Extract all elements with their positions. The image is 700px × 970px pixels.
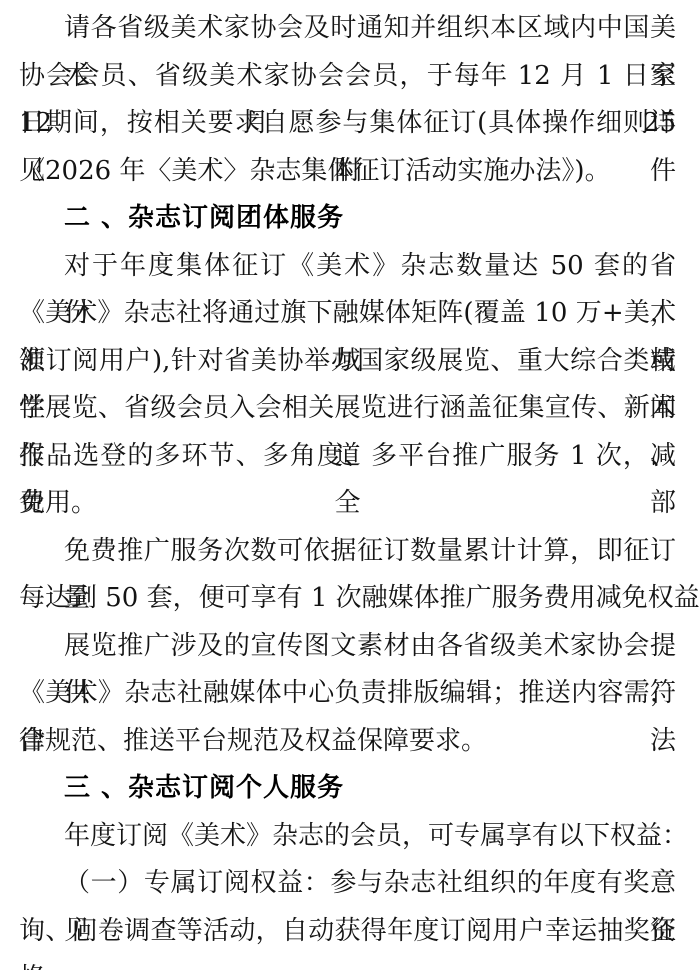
paragraph-4-line-2: 《美术》杂志社融媒体中心负责排版编辑；推送内容需符合法 xyxy=(19,670,676,718)
paragraph-4-line-1: 展览推广涉及的宣传图文素材由各省级美术家协会提供， xyxy=(19,623,676,671)
paragraph-2-line-3: 准订阅用户),针对省美协举办国家级展览、重大综合类或学术 xyxy=(19,338,676,386)
paragraph-1-line-2: 协会会员、省级美术家协会会员，于每年 12 月 1 日至 12 月 25 xyxy=(19,53,676,101)
paragraph-2-line-4: 性展览、省级会员入会相关展览进行涵盖征集宣传、新闻报道、 xyxy=(19,385,676,433)
document-text-block: 请各省级美术家协会及时通知并组织本区域内中国美术家 协会会员、省级美术家协会会员… xyxy=(19,5,676,955)
paragraph-2-line-5: 作品选登的多环节、多角度、多平台推广服务 1 次，减免全部 xyxy=(19,433,676,481)
paragraph-6-line-2: 询、问卷调查等活动，自动获得年度订阅用户幸运抽奖资格， xyxy=(19,908,676,956)
paragraph-1-line-3: 日期间，按相关要求自愿参与集体征订(具体操作细则详见附件 xyxy=(19,100,676,148)
section-heading-group-services: 二 、杂志订阅团体服务 xyxy=(19,195,676,243)
paragraph-2-line-2: 《美术》杂志社将通过旗下融媒体矩阵(覆盖 10 万+美术领域精 xyxy=(19,290,676,338)
paragraph-3-line-2: 每达到 50 套，便可享有 1 次融媒体推广服务费用减免权益。 xyxy=(19,575,676,623)
paragraph-2-line-1: 对于年度集体征订《美术》杂志数量达 50 套的省份， xyxy=(19,243,676,291)
paragraph-6-line-1: （一）专属订阅权益：参与杂志社组织的年度有奖意见征 xyxy=(19,860,676,908)
paragraph-1-line-1: 请各省级美术家协会及时通知并组织本区域内中国美术家 xyxy=(19,5,676,53)
paragraph-1-line-4: 《2026 年〈美术〉杂志集体征订活动实施办法》)。 xyxy=(19,148,676,196)
paragraph-3-line-1: 免费推广服务次数可依据征订数量累计计算，即征订量 xyxy=(19,528,676,576)
paragraph-5-line-1: 年度订阅《美术》杂志的会员，可专属享有以下权益： xyxy=(19,813,676,861)
document-page: 请各省级美术家协会及时通知并组织本区域内中国美术家 协会会员、省级美术家协会会员… xyxy=(0,0,700,970)
section-heading-personal-services: 三 、杂志订阅个人服务 xyxy=(19,765,676,813)
